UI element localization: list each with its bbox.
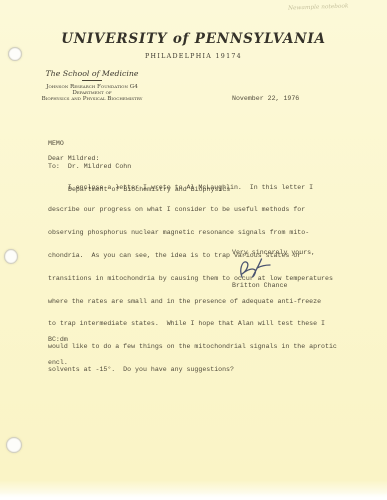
letter-page: Newample notebook UNIVERSITY of PENNSYLV… xyxy=(0,0,387,500)
enclosure-notation: encl. xyxy=(48,359,68,367)
body-line: to trap intermediate states. While I hop… xyxy=(48,320,337,328)
reference-initials: BC:dm xyxy=(48,336,68,344)
punch-hole-middle xyxy=(4,249,18,264)
letter-body: I enclose a letter I wrote to Al McLaugh… xyxy=(48,169,337,389)
body-line: I enclose a letter I wrote to Al McLaugh… xyxy=(48,184,337,192)
letterhead-rule xyxy=(82,80,102,81)
letter-date: November 22, 1976 xyxy=(232,95,299,103)
scan-bottom-edge xyxy=(0,493,387,500)
salutation: Dear Mildred: xyxy=(48,155,99,163)
body-line: where the rates are small and in the pre… xyxy=(48,298,337,306)
signature-scribble xyxy=(234,256,278,284)
memo-label: MEMO xyxy=(48,140,230,148)
reference-block: BC:dm encl. xyxy=(48,321,68,382)
letterhead-city-zip: PHILADELPHIA 19174 xyxy=(0,53,387,60)
letterhead-school: The School of Medicine xyxy=(28,69,156,78)
letterhead-university: UNIVERSITY of PENNSYLVANIA xyxy=(0,31,387,47)
letterhead-department-name: Biophysics and Physical Biochemistry xyxy=(28,96,156,102)
body-line: would like to do a few things on the mit… xyxy=(48,343,337,351)
signer-name: Britton Chance xyxy=(232,282,287,290)
punch-hole-bottom xyxy=(6,437,22,453)
letterhead-school-block: The School of Medicine Johnson Research … xyxy=(28,69,156,103)
body-line: describe our progress on what I consider… xyxy=(48,206,337,214)
body-line: transitions in mitochondria by causing t… xyxy=(48,275,337,283)
pencil-annotation: Newample notebook xyxy=(288,2,383,11)
handwritten-signature xyxy=(234,256,278,284)
body-line: observing phosphorus nuclear magnetic re… xyxy=(48,229,337,237)
body-line: solvents at -15°. Do you have any sugges… xyxy=(48,366,337,374)
